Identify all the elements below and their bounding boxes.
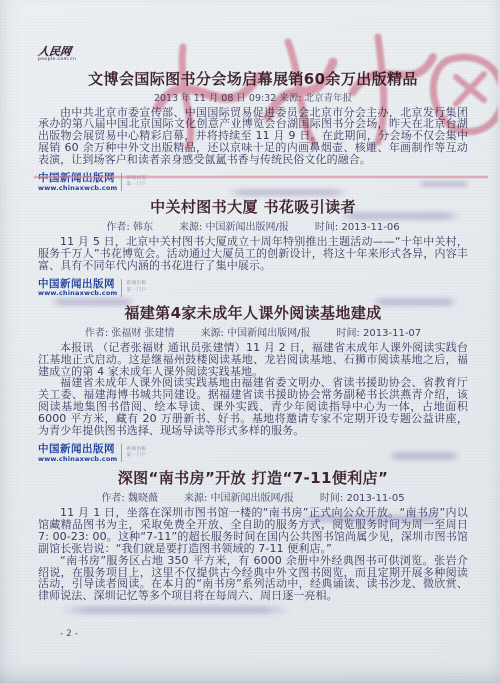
source-logo-name: 中国新闻出版网 xyxy=(38,279,117,290)
source-logo-slogan-line1: 新闻出版 xyxy=(126,177,146,182)
article-4-byline: 作者: 魏晓薇 来源: 中国新闻出版网/报 时间: 2013-11-05 xyxy=(38,489,468,504)
source-logo-slogan: 新闻出版 第一门户 xyxy=(121,279,146,297)
source-logo: 中国新闻出版网 www.chinaxwcb.com 新闻出版 第一门户 xyxy=(38,444,146,462)
article-3-paragraph: 本报讯 （记者张福财 通讯员张建情）11 月 2 日，福建省未成年人课外阅读实践… xyxy=(38,342,468,378)
article-3: 福建第4家未成年人课外阅读基地建成 作者: 张福财 张建情 来源: 中国新闻出版… xyxy=(38,304,468,437)
document-content: 人民网 people.com.cn 文博会国际图书分会场启幕展销60余万出版精品… xyxy=(0,0,500,683)
article-2-byline: 作者: 韩东 来源: 中国新闻出版网/报 时间: 2013-11-06 xyxy=(38,218,468,233)
source-logo-slogan: 新闻出版 第一门户 xyxy=(121,444,146,462)
source-logo-main: 中国新闻出版网 www.chinaxwcb.com xyxy=(38,279,117,297)
source-logo-url: www.chinaxwcb.com xyxy=(38,290,117,297)
article-1: 文博会国际图书分会场启幕展销60余万出版精品 2013 年 11 月 08 日 … xyxy=(38,70,468,167)
article-4-paragraph: “南书房”服务区占地 350 平方米，有 6000 余册中外经典图书可供浏览。张… xyxy=(38,555,468,603)
source-logo-slogan-line2: 第一门户 xyxy=(126,183,146,188)
article-2: 中关村图书大厦 书花吸引读者 作者: 韩东 来源: 中国新闻出版网/报 时间: … xyxy=(38,198,468,272)
source-logo-url: www.chinaxwcb.com xyxy=(38,456,117,463)
scanned-document-page: 人民网 people.com.cn 文博会国际图书分会场启幕展销60余万出版精品… xyxy=(0,0,500,683)
peoples-daily-logo: 人民网 people.com.cn xyxy=(38,46,108,63)
article-4-paragraph: 11 月 1 日，坐落在深圳市图书馆一楼的“南书房”正式向公众开放。“南书房”内… xyxy=(38,507,468,555)
byline-author: 作者: 魏晓薇 xyxy=(101,489,158,504)
source-logo-slogan-line2: 第一门户 xyxy=(126,289,146,294)
source-logo-slogan-line1: 新闻出版 xyxy=(126,448,146,453)
article-4: 深图“南书房”开放 打造“7-11便利店” 作者: 魏晓薇 来源: 中国新闻出版… xyxy=(38,469,468,602)
source-logo-url: www.chinaxwcb.com xyxy=(38,185,117,192)
byline-author: 作者: 张福财 张建情 xyxy=(85,324,175,339)
source-logo-main: 中国新闻出版网 www.chinaxwcb.com xyxy=(38,173,117,191)
source-logo-slogan: 新闻出版 第一门户 xyxy=(121,173,146,191)
article-2-title: 中关村图书大厦 书花吸引读者 xyxy=(46,198,460,216)
source-logo: 中国新闻出版网 www.chinaxwcb.com 新闻出版 第一门户 xyxy=(38,279,146,297)
peoples-daily-logo-url: people.com.cn xyxy=(38,58,108,63)
article-4-title: 深图“南书房”开放 打造“7-11便利店” xyxy=(46,469,460,487)
source-logo-slogan-line1: 新闻出版 xyxy=(126,282,146,287)
article-1-title: 文博会国际图书分会场启幕展销60余万出版精品 xyxy=(46,70,460,88)
peoples-daily-logo-name: 人民网 xyxy=(37,46,109,57)
article-1-paragraph: 由中共北京市委宣传部、中国国际贸易促进委员会北京市分会主办，北京发行集团承办的第… xyxy=(38,107,468,167)
source-logo-slogan-line2: 第一门户 xyxy=(126,454,146,459)
byline-time: 时间: 2013-11-07 xyxy=(336,324,421,339)
source-logo-name: 中国新闻出版网 xyxy=(38,444,117,455)
byline-time: 时间: 2013-11-05 xyxy=(320,489,405,504)
article-3-byline: 作者: 张福财 张建情 来源: 中国新闻出版网/报 时间: 2013-11-07 xyxy=(38,324,468,339)
page-number: - 2 - xyxy=(60,629,78,639)
byline-source: 来源: 中国新闻出版网/报 xyxy=(201,324,311,339)
byline-source: 来源: 中国新闻出版网/报 xyxy=(184,489,294,504)
article-2-paragraph: 11 月 5 日，北京中关村图书大厦成立十周年特别推出主题活动——“十年中关村，… xyxy=(38,236,468,272)
source-logo-main: 中国新闻出版网 www.chinaxwcb.com xyxy=(38,444,117,462)
article-1-dateline: 2013 年 11 月 08 日 09:32 来源: 北京青年报 xyxy=(38,90,468,104)
article-3-paragraph: 福建省未成年人课外阅读实践基地由福建省委文明办、省读书援助协会、省教育厅关工委、… xyxy=(38,377,468,437)
source-logo: 中国新闻出版网 www.chinaxwcb.com 新闻出版 第一门户 xyxy=(38,173,146,191)
byline-source: 来源: 中国新闻出版网/报 xyxy=(179,218,289,233)
byline-author: 作者: 韩东 xyxy=(106,218,153,233)
byline-time: 时间: 2013-11-06 xyxy=(315,218,400,233)
article-3-title: 福建第4家未成年人课外阅读基地建成 xyxy=(46,304,460,322)
source-logo-name: 中国新闻出版网 xyxy=(38,173,117,184)
